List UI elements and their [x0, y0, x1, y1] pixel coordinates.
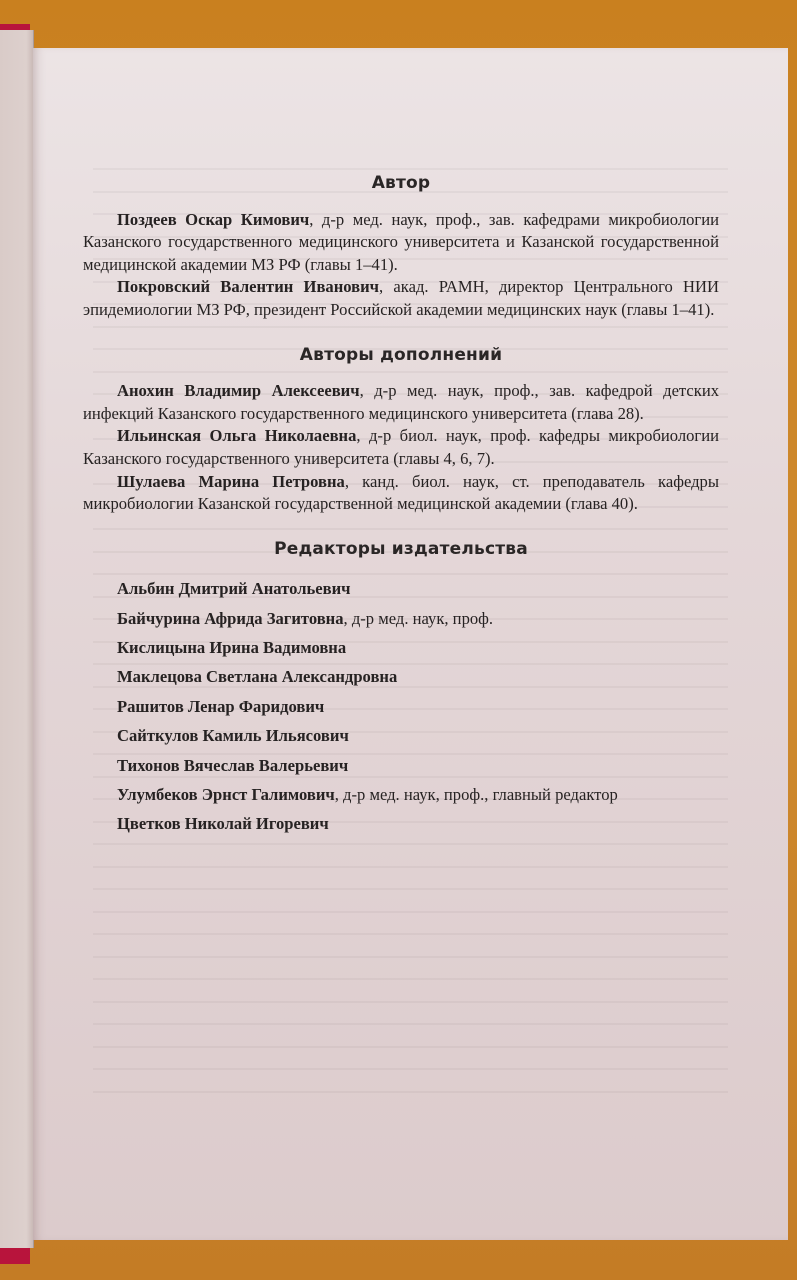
editor-entry: Тихонов Вячеслав Валерьевич	[117, 756, 719, 775]
editor-entry: Маклецова Светлана Александровна	[117, 667, 719, 686]
bleed-line	[93, 933, 728, 935]
previous-page-edge	[0, 30, 34, 1248]
supplement-author-entry: Ильинская Ольга Николаевна, д-р биол. на…	[83, 425, 719, 470]
bleed-line	[93, 168, 728, 170]
bleed-line	[93, 888, 728, 890]
editors-section: Редакторы издательства Альбин Дмитрий Ан…	[83, 538, 719, 834]
bleed-line	[93, 1068, 728, 1070]
supplement-author-entry: Шулаева Марина Петровна, канд. биол. нау…	[83, 471, 719, 516]
supplement-author-name: Шулаева Марина Петровна	[117, 472, 345, 491]
bleed-line	[93, 866, 728, 868]
editor-name: Кислицына Ирина Вадимовна	[117, 638, 346, 657]
supplement-author-name: Анохин Владимир Алексеевич	[117, 381, 360, 400]
editor-name: Рашитов Ленар Фаридович	[117, 697, 324, 716]
editor-name: Байчурина Африда Загитовна	[117, 609, 344, 628]
editor-entry: Цветков Николай Игоревич	[117, 814, 719, 833]
bleed-line	[93, 1001, 728, 1003]
author-heading: Автор	[83, 172, 719, 195]
editor-name: Улумбеков Эрнст Галимович	[117, 785, 335, 804]
editor-entry: Альбин Дмитрий Анатольевич	[117, 579, 719, 598]
editor-entry: Байчурина Африда Загитовна, д-р мед. нау…	[117, 609, 719, 628]
author-entry: Поздеев Оскар Кимович, д-р мед. наук, пр…	[83, 209, 719, 277]
editor-details: , д-р мед. наук, проф.	[344, 609, 494, 628]
bleed-line	[93, 1023, 728, 1025]
editor-details: , д-р мед. наук, проф., главный редактор	[335, 785, 618, 804]
author-name: Поздеев Оскар Кимович	[117, 210, 309, 229]
editor-entry: Улумбеков Эрнст Галимович, д-р мед. наук…	[117, 785, 719, 804]
supplement-author-entry: Анохин Владимир Алексеевич, д-р мед. нау…	[83, 380, 719, 425]
supplements-heading: Авторы дополнений	[83, 344, 719, 367]
editor-name: Тихонов Вячеслав Валерьевич	[117, 756, 348, 775]
editor-name: Маклецова Светлана Александровна	[117, 667, 397, 686]
supplement-author-name: Ильинская Ольга Николаевна	[117, 426, 356, 445]
page-content: Автор Поздеев Оскар Кимович, д-р мед. на…	[83, 172, 719, 855]
editor-entry: Сайткулов Камиль Ильясович	[117, 726, 719, 745]
editors-heading: Редакторы издательства	[83, 538, 719, 561]
supplements-section: Авторы дополнений Анохин Владимир Алексе…	[83, 344, 719, 516]
editor-entry: Кислицына Ирина Вадимовна	[117, 638, 719, 657]
editor-name: Цветков Николай Игоревич	[117, 814, 329, 833]
bleed-line	[93, 1091, 728, 1093]
author-section: Автор Поздеев Оскар Кимович, д-р мед. на…	[83, 172, 719, 322]
bleed-line	[93, 956, 728, 958]
editor-name: Сайткулов Камиль Ильясович	[117, 726, 349, 745]
bleed-line	[93, 1046, 728, 1048]
author-entry: Покровский Валентин Иванович, акад. РАМН…	[83, 276, 719, 321]
editor-name: Альбин Дмитрий Анатольевич	[117, 579, 351, 598]
editor-entry: Рашитов Ленар Фаридович	[117, 697, 719, 716]
author-name: Покровский Валентин Иванович	[117, 277, 379, 296]
bleed-line	[93, 978, 728, 980]
bleed-line	[93, 911, 728, 913]
